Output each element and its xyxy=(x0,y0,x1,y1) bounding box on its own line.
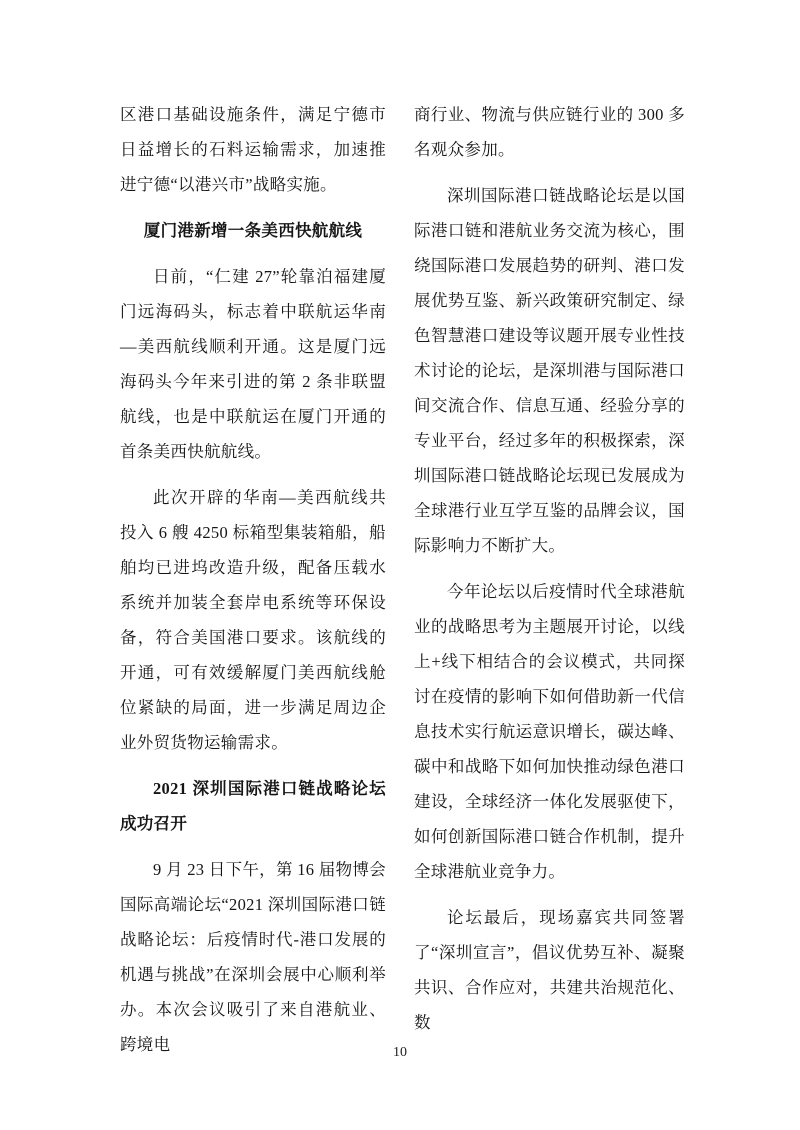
paragraph-continued-from-previous-page: 区港口基础设施条件，满足宁德市日益增长的石料运输需求，加速推进宁德“以港兴市”战… xyxy=(120,97,386,202)
left-column: 区港口基础设施条件，满足宁德市日益增长的石料运输需求，加速推进宁德“以港兴市”战… xyxy=(120,97,386,1062)
paragraph: 9 月 23 日下午，第 16 届物博会国际高端论坛“2021 深圳国际港口链战… xyxy=(120,852,386,1062)
right-column: 商行业、物流与供应链行业的 300 多名观众参加。 深圳国际港口链战略论坛是以国… xyxy=(414,97,685,1040)
paragraph: 今年论坛以后疫情时代全球港航业的战略思考为主题展开讨论，以线上+线下相结合的会议… xyxy=(414,574,685,889)
paragraph: 此次开辟的华南—美西航线共投入 6 艘 4250 标箱型集装箱船，船舶均已进坞改… xyxy=(120,480,386,760)
paragraph-continued-from-left-column: 商行业、物流与供应链行业的 300 多名观众参加。 xyxy=(414,97,685,167)
document-page: 区港口基础设施条件，满足宁德市日益增长的石料运输需求，加速推进宁德“以港兴市”战… xyxy=(0,0,800,1130)
two-column-layout: 区港口基础设施条件，满足宁德市日益增长的石料运输需求，加速推进宁德“以港兴市”战… xyxy=(120,97,685,1062)
section-heading-shenzhen-forum: 2021 深圳国际港口链战略论坛成功召开 xyxy=(120,771,386,841)
paragraph: 论坛最后，现场嘉宾共同签署了“深圳宣言”，倡议优势互补、凝聚共识、合作应对，共建… xyxy=(414,900,685,1040)
section-heading-xiamen-route: 厦门港新增一条美西快航航线 xyxy=(120,213,386,248)
paragraph: 深圳国际港口链战略论坛是以国际港口链和港航业务交流为核心，围绕国际港口发展趋势的… xyxy=(414,178,685,563)
paragraph: 日前，“仁建 27”轮靠泊福建厦门远海码头，标志着中联航运华南—美西航线顺利开通… xyxy=(120,259,386,469)
page-number: 10 xyxy=(0,1043,800,1063)
